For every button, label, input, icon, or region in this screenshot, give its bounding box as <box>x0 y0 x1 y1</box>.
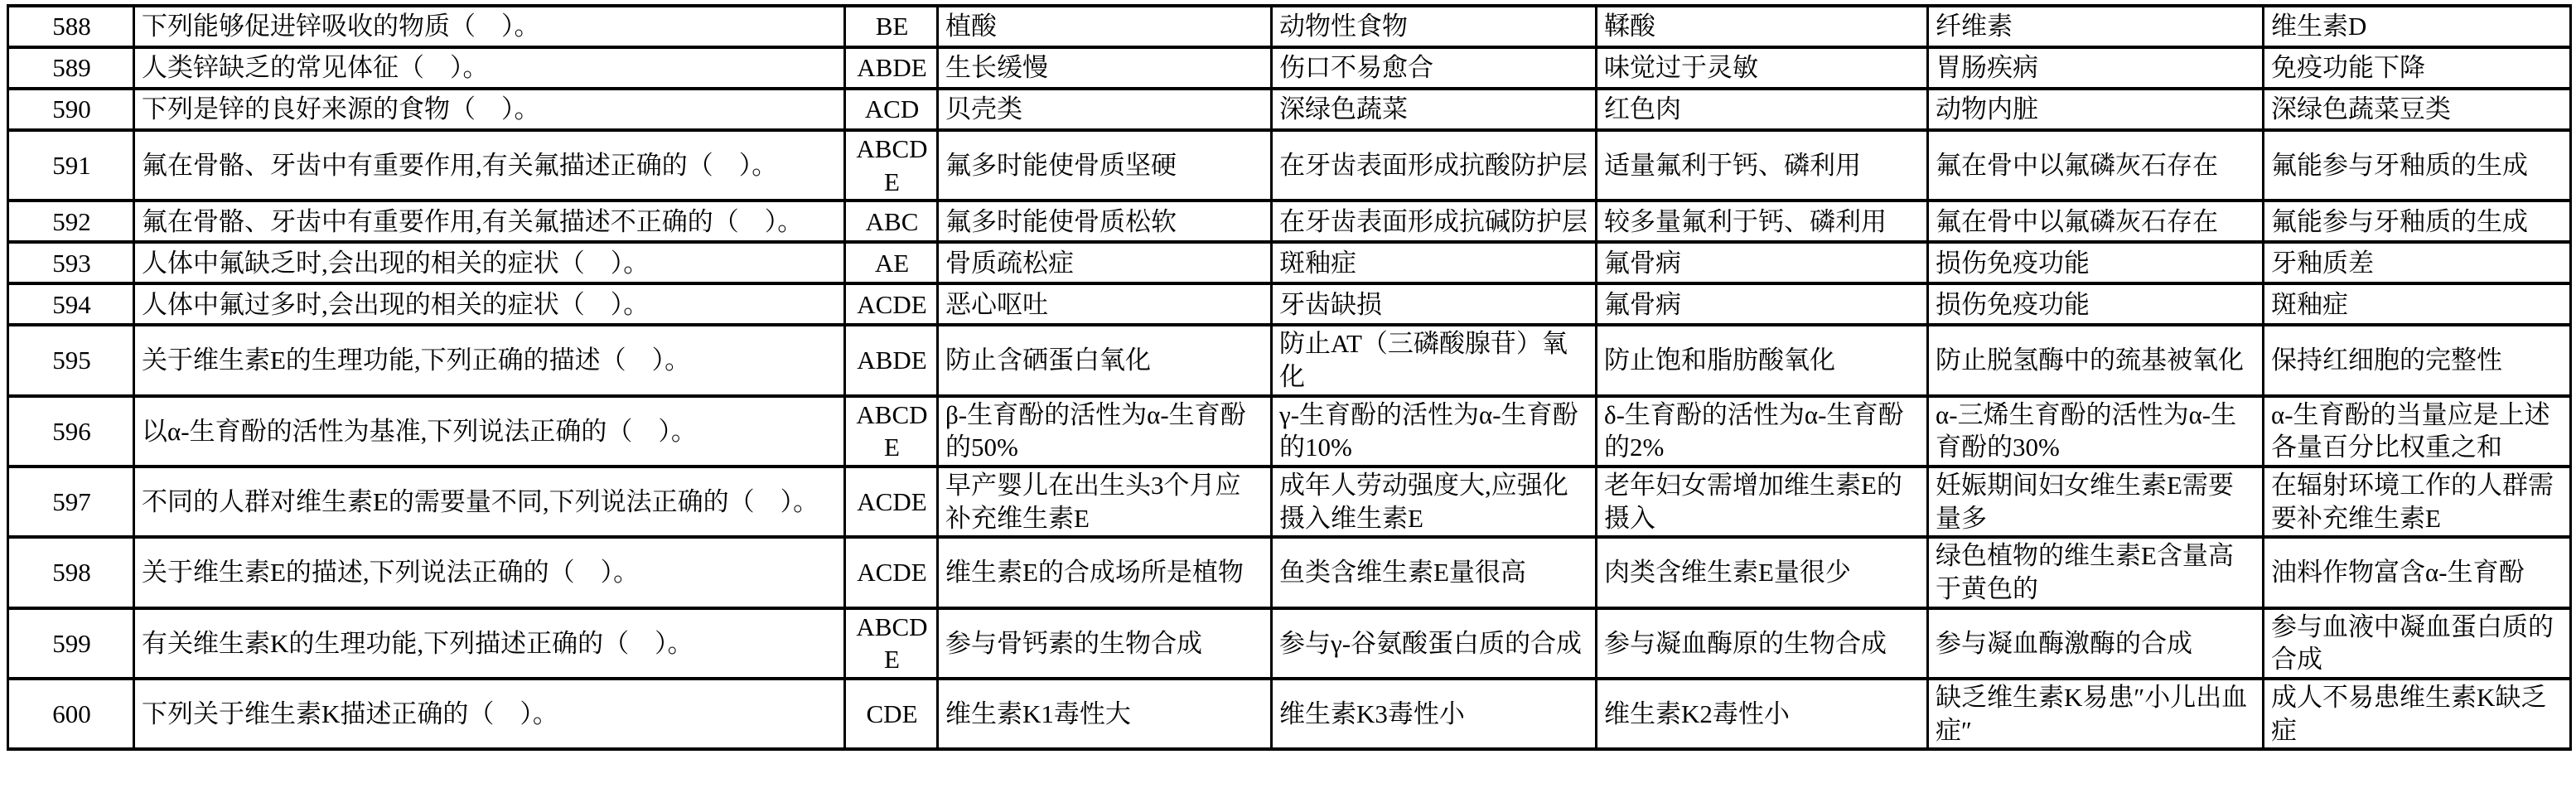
option-c: 维生素K2毒性小 <box>1597 679 1928 749</box>
option-c: 防止饱和脂肪酸氧化 <box>1597 325 1928 395</box>
option-c: 肉类含维生素E量很少 <box>1597 537 1928 607</box>
answer-key: ACDE <box>845 467 938 537</box>
answer-key: ABCDE <box>845 608 938 679</box>
option-d: 氟在骨中以氟磷灰石存在 <box>1928 201 2264 242</box>
answer-key: ACDE <box>845 537 938 607</box>
question-number: 597 <box>8 467 134 537</box>
option-c: 适量氟利于钙、磷利用 <box>1597 130 1928 201</box>
question-bank-sheet: 588 下列能够促进锌吸收的物质（ ）。 BE 植酸 动物性食物 鞣酸 纤维素 … <box>0 0 2576 757</box>
option-a: 植酸 <box>938 6 1272 47</box>
option-c: δ-生育酚的活性为α-生育酚的2% <box>1597 396 1928 467</box>
table-row: 595 关于维生素E的生理功能,下列正确的描述（ ）。 ABDE 防止含硒蛋白氧… <box>8 325 2571 395</box>
answer-key: ACDE <box>845 283 938 325</box>
question-number: 600 <box>8 679 134 749</box>
question-number: 591 <box>8 130 134 201</box>
answer-key: AE <box>845 242 938 283</box>
option-a: 恶心呕吐 <box>938 283 1272 325</box>
question-number: 589 <box>8 47 134 89</box>
question-number: 595 <box>8 325 134 395</box>
option-d: 绿色植物的维生素E含量高于黄色的 <box>1928 537 2264 607</box>
question-text: 人体中氟过多时,会出现的相关的症状（ ）。 <box>134 283 845 325</box>
option-e: 免疫功能下降 <box>2264 47 2571 89</box>
question-text: 氟在骨骼、牙齿中有重要作用,有关氟描述不正确的（ ）。 <box>134 201 845 242</box>
option-d: 纤维素 <box>1928 6 2264 47</box>
question-number: 588 <box>8 6 134 47</box>
option-c: 鞣酸 <box>1597 6 1928 47</box>
question-number: 593 <box>8 242 134 283</box>
table-body: 588 下列能够促进锌吸收的物质（ ）。 BE 植酸 动物性食物 鞣酸 纤维素 … <box>8 6 2571 749</box>
question-text: 人体中氟缺乏时,会出现的相关的症状（ ）。 <box>134 242 845 283</box>
option-a: 参与骨钙素的生物合成 <box>938 608 1272 679</box>
answer-key: ABC <box>845 201 938 242</box>
option-d: 胃肠疾病 <box>1928 47 2264 89</box>
question-text: 下列是锌的良好来源的食物（ ）。 <box>134 89 845 130</box>
option-d: α-三烯生育酚的活性为α-生育酚的30% <box>1928 396 2264 467</box>
table-row: 588 下列能够促进锌吸收的物质（ ）。 BE 植酸 动物性食物 鞣酸 纤维素 … <box>8 6 2571 47</box>
table-row: 589 人类锌缺乏的常见体征（ ）。 ABDE 生长缓慢 伤口不易愈合 味觉过于… <box>8 47 2571 89</box>
table-row: 594 人体中氟过多时,会出现的相关的症状（ ）。 ACDE 恶心呕吐 牙齿缺损… <box>8 283 2571 325</box>
option-b: 维生素K3毒性小 <box>1272 679 1597 749</box>
question-text: 下列能够促进锌吸收的物质（ ）。 <box>134 6 845 47</box>
answer-key: ABDE <box>845 47 938 89</box>
option-b: 在牙齿表面形成抗酸防护层 <box>1272 130 1597 201</box>
table-row: 599 有关维生素K的生理功能,下列描述正确的（ ）。 ABCDE 参与骨钙素的… <box>8 608 2571 679</box>
option-a: 骨质疏松症 <box>938 242 1272 283</box>
option-d: 损伤免疫功能 <box>1928 242 2264 283</box>
table-row: 592 氟在骨骼、牙齿中有重要作用,有关氟描述不正确的（ ）。 ABC 氟多时能… <box>8 201 2571 242</box>
option-d: 动物内脏 <box>1928 89 2264 130</box>
option-a: 维生素E的合成场所是植物 <box>938 537 1272 607</box>
option-b: 深绿色蔬菜 <box>1272 89 1597 130</box>
option-b: 伤口不易愈合 <box>1272 47 1597 89</box>
option-d: 防止脱氢酶中的巯基被氧化 <box>1928 325 2264 395</box>
table-row: 597 不同的人群对维生素E的需要量不同,下列说法正确的（ ）。 ACDE 早产… <box>8 467 2571 537</box>
question-number: 590 <box>8 89 134 130</box>
option-e: 维生素D <box>2264 6 2571 47</box>
answer-key: ABCDE <box>845 130 938 201</box>
option-a: 维生素K1毒性大 <box>938 679 1272 749</box>
table-row: 598 关于维生素E的描述,下列说法正确的（ ）。 ACDE 维生素E的合成场所… <box>8 537 2571 607</box>
option-a: 贝壳类 <box>938 89 1272 130</box>
option-c: 氟骨病 <box>1597 242 1928 283</box>
option-b: 在牙齿表面形成抗碱防护层 <box>1272 201 1597 242</box>
option-b: 成年人劳动强度大,应强化摄入维生素E <box>1272 467 1597 537</box>
option-e: α-生育酚的当量应是上述各量百分比权重之和 <box>2264 396 2571 467</box>
answer-key: BE <box>845 6 938 47</box>
question-number: 598 <box>8 537 134 607</box>
option-d: 缺乏维生素K易患″小儿出血症″ <box>1928 679 2264 749</box>
option-b: 斑釉症 <box>1272 242 1597 283</box>
question-number: 596 <box>8 396 134 467</box>
option-e: 牙釉质差 <box>2264 242 2571 283</box>
option-b: 防止AT（三磷酸腺苷）氧化 <box>1272 325 1597 395</box>
option-e: 深绿色蔬菜豆类 <box>2264 89 2571 130</box>
answer-key: ACD <box>845 89 938 130</box>
option-c: 参与凝血酶原的生物合成 <box>1597 608 1928 679</box>
option-e: 油料作物富含α-生育酚 <box>2264 537 2571 607</box>
option-e: 成人不易患维生素K缺乏症 <box>2264 679 2571 749</box>
question-number: 592 <box>8 201 134 242</box>
question-text: 不同的人群对维生素E的需要量不同,下列说法正确的（ ）。 <box>134 467 845 537</box>
question-text: 人类锌缺乏的常见体征（ ）。 <box>134 47 845 89</box>
option-c: 氟骨病 <box>1597 283 1928 325</box>
option-d: 妊娠期间妇女维生素E需要量多 <box>1928 467 2264 537</box>
answer-key: ABCDE <box>845 396 938 467</box>
option-b: 动物性食物 <box>1272 6 1597 47</box>
option-c: 较多量氟利于钙、磷利用 <box>1597 201 1928 242</box>
option-c: 红色肉 <box>1597 89 1928 130</box>
option-d: 氟在骨中以氟磷灰石存在 <box>1928 130 2264 201</box>
option-e: 参与血液中凝血蛋白质的合成 <box>2264 608 2571 679</box>
table-row: 593 人体中氟缺乏时,会出现的相关的症状（ ）。 AE 骨质疏松症 斑釉症 氟… <box>8 242 2571 283</box>
question-bank-table: 588 下列能够促进锌吸收的物质（ ）。 BE 植酸 动物性食物 鞣酸 纤维素 … <box>7 4 2572 751</box>
option-e: 氟能参与牙釉质的生成 <box>2264 201 2571 242</box>
option-a: 早产婴儿在出生头3个月应补充维生素E <box>938 467 1272 537</box>
table-row: 600 下列关于维生素K描述正确的（ ）。 CDE 维生素K1毒性大 维生素K3… <box>8 679 2571 749</box>
question-text: 以α-生育酚的活性为基准,下列说法正确的（ ）。 <box>134 396 845 467</box>
option-d: 参与凝血酶激酶的合成 <box>1928 608 2264 679</box>
option-a: 氟多时能使骨质松软 <box>938 201 1272 242</box>
question-text: 下列关于维生素K描述正确的（ ）。 <box>134 679 845 749</box>
question-text: 氟在骨骼、牙齿中有重要作用,有关氟描述正确的（ ）。 <box>134 130 845 201</box>
option-d: 损伤免疫功能 <box>1928 283 2264 325</box>
option-b: γ-生育酚的活性为α-生育酚的10% <box>1272 396 1597 467</box>
option-e: 在辐射环境工作的人群需要补充维生素E <box>2264 467 2571 537</box>
option-c: 老年妇女需增加维生素E的摄入 <box>1597 467 1928 537</box>
table-row: 590 下列是锌的良好来源的食物（ ）。 ACD 贝壳类 深绿色蔬菜 红色肉 动… <box>8 89 2571 130</box>
option-b: 牙齿缺损 <box>1272 283 1597 325</box>
question-text: 关于维生素E的描述,下列说法正确的（ ）。 <box>134 537 845 607</box>
question-number: 599 <box>8 608 134 679</box>
option-b: 鱼类含维生素E量很高 <box>1272 537 1597 607</box>
table-row: 591 氟在骨骼、牙齿中有重要作用,有关氟描述正确的（ ）。 ABCDE 氟多时… <box>8 130 2571 201</box>
question-number: 594 <box>8 283 134 325</box>
option-a: β-生育酚的活性为α-生育酚的50% <box>938 396 1272 467</box>
option-a: 生长缓慢 <box>938 47 1272 89</box>
option-e: 斑釉症 <box>2264 283 2571 325</box>
table-row: 596 以α-生育酚的活性为基准,下列说法正确的（ ）。 ABCDE β-生育酚… <box>8 396 2571 467</box>
question-text: 关于维生素E的生理功能,下列正确的描述（ ）。 <box>134 325 845 395</box>
option-a: 氟多时能使骨质坚硬 <box>938 130 1272 201</box>
question-text: 有关维生素K的生理功能,下列描述正确的（ ）。 <box>134 608 845 679</box>
option-e: 保持红细胞的完整性 <box>2264 325 2571 395</box>
option-c: 味觉过于灵敏 <box>1597 47 1928 89</box>
option-a: 防止含硒蛋白氧化 <box>938 325 1272 395</box>
option-e: 氟能参与牙釉质的生成 <box>2264 130 2571 201</box>
answer-key: CDE <box>845 679 938 749</box>
option-b: 参与γ-谷氨酸蛋白质的合成 <box>1272 608 1597 679</box>
answer-key: ABDE <box>845 325 938 395</box>
